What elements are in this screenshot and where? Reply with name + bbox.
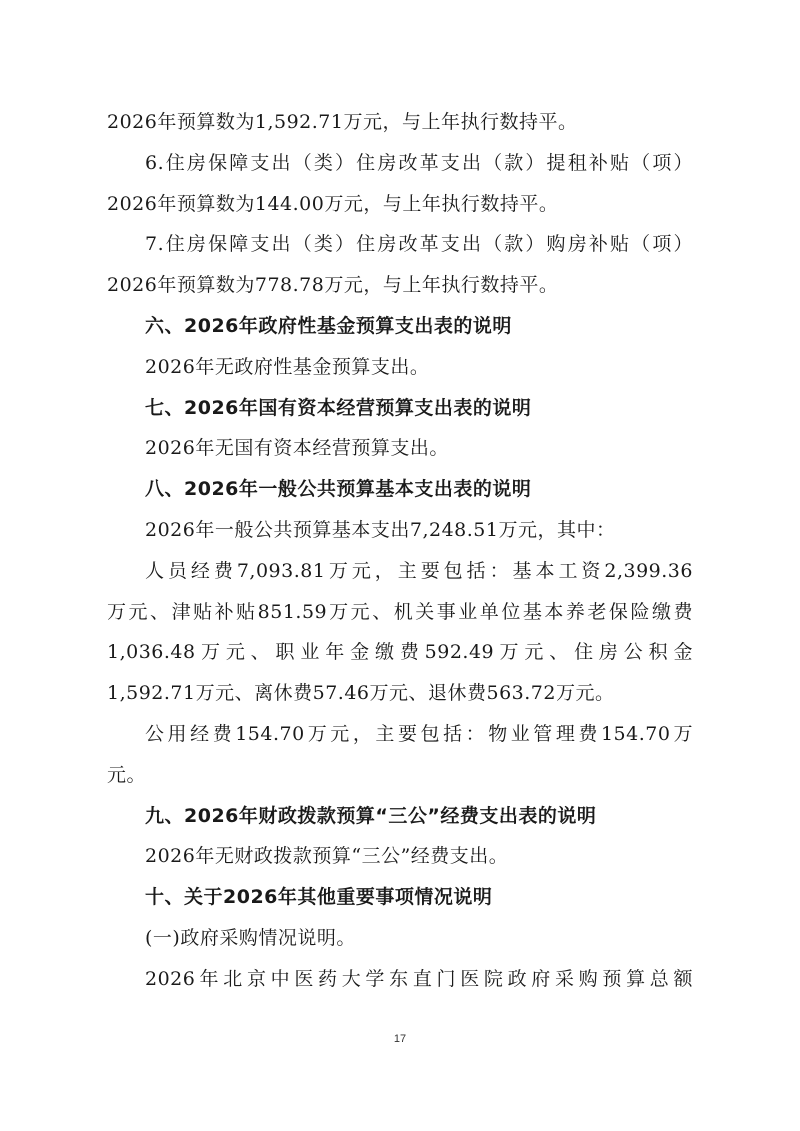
body-line: 2026年一般公共预算基本支出7,248.51万元，其中： bbox=[107, 510, 693, 551]
body-line: 2026年无国有资本经营预算支出。 bbox=[107, 428, 693, 469]
body-line: 1,592.71万元、离休费57.46万元、退休费563.72万元。 bbox=[107, 673, 693, 714]
body-line: 公用经费154.70万元，主要包括：物业管理费154.70万 bbox=[107, 714, 693, 755]
body-line: 2026年预算数为778.78万元，与上年执行数持平。 bbox=[107, 265, 693, 306]
section-heading: 六、2026年政府性基金预算支出表的说明 bbox=[107, 306, 693, 347]
body-line: 7.住房保障支出（类）住房改革支出（款）购房补贴（项） bbox=[107, 224, 693, 265]
body-line: 2026年预算数为144.00万元，与上年执行数持平。 bbox=[107, 184, 693, 225]
section-heading: 九、2026年财政拨款预算“三公”经费支出表的说明 bbox=[107, 796, 693, 837]
body-line: 人员经费7,093.81万元，主要包括：基本工资2,399.36 bbox=[107, 551, 693, 592]
body-line: 2026年无政府性基金预算支出。 bbox=[107, 347, 693, 388]
body-line: (一)政府采购情况说明。 bbox=[107, 918, 693, 959]
body-line: 1,036.48万元、职业年金缴费592.49万元、住房公积金 bbox=[107, 632, 693, 673]
section-heading: 八、2026年一般公共预算基本支出表的说明 bbox=[107, 469, 693, 510]
body-line: 元。 bbox=[107, 755, 693, 796]
section-heading: 十、关于2026年其他重要事项情况说明 bbox=[107, 877, 693, 918]
page-number: 17 bbox=[0, 1033, 800, 1045]
document-page: 2026年预算数为1,592.71万元，与上年执行数持平。 6.住房保障支出（类… bbox=[107, 102, 693, 1000]
section-heading: 七、2026年国有资本经营预算支出表的说明 bbox=[107, 388, 693, 429]
body-line: 6.住房保障支出（类）住房改革支出（款）提租补贴（项） bbox=[107, 143, 693, 184]
body-line: 2026年预算数为1,592.71万元，与上年执行数持平。 bbox=[107, 102, 693, 143]
body-line: 2026年北京中医药大学东直门医院政府采购预算总额 bbox=[107, 959, 693, 1000]
body-line: 2026年无财政拨款预算“三公”经费支出。 bbox=[107, 836, 693, 877]
body-line: 万元、津贴补贴851.59万元、机关事业单位基本养老保险缴费 bbox=[107, 592, 693, 633]
